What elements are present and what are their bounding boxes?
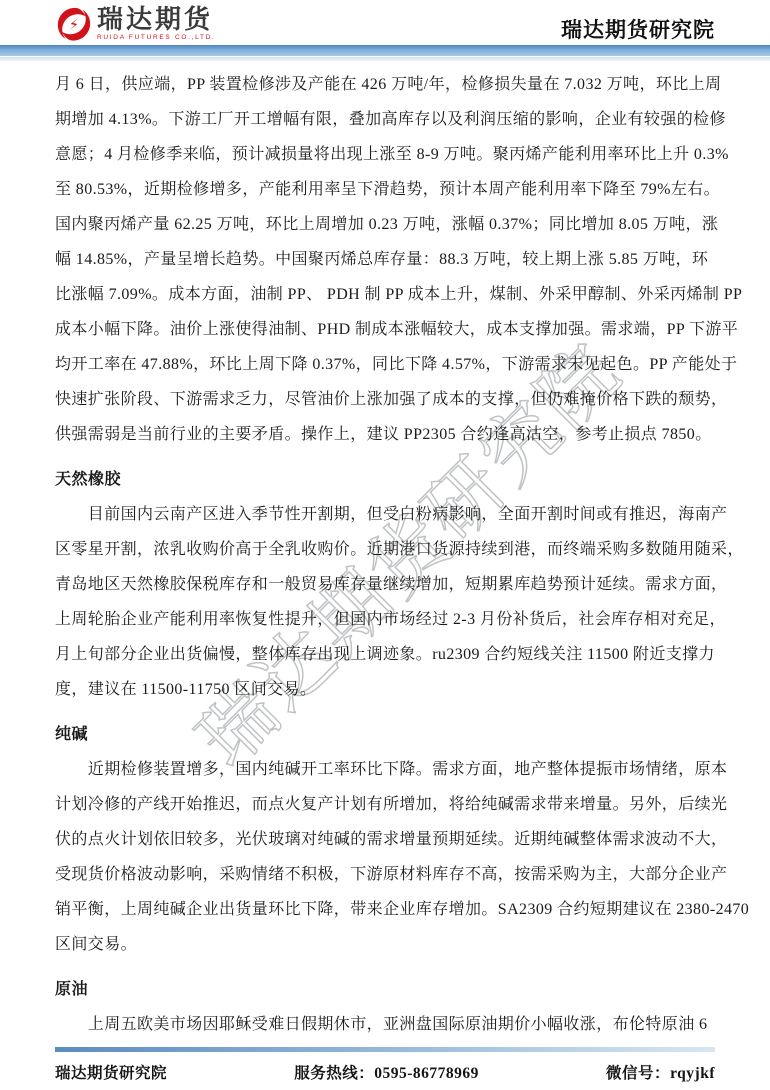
text-line: 至 80.53%，近期检修增多，产能利用率呈下滑趋势，预计本周产能利用率下降至 … (55, 172, 715, 207)
text-line: 上周五欧美市场因耶稣受难日假期休市，亚洲盘国际原油期价小幅收涨，布伦特原油 6 (55, 1007, 715, 1042)
footer-hotline: 服务热线：0595-86778969 (294, 1061, 479, 1083)
text-line: 供强需弱是当前行业的主要矛盾。操作上，建议 PP2305 合约逢高沽空，参考止损… (55, 417, 715, 452)
page-footer: 瑞达期货研究院 服务热线：0595-86778969 微信号：rqyjkf (0, 1056, 770, 1088)
section-heading: 原油 (55, 972, 715, 1007)
text-line: 区间交易。 (55, 927, 715, 962)
text-line: 期增加 4.13%。下游工厂开工增幅有限，叠加高库存以及利润压缩的影响，企业有较… (55, 102, 715, 137)
ruida-swirl-logo-icon (55, 5, 93, 43)
footer-divider (55, 1047, 715, 1052)
text-line: 国内聚丙烯产量 62.25 万吨，环比上周增加 0.23 万吨，涨幅 0.37%… (55, 207, 715, 242)
text-line: 区零星开割，浓乳收购价高于全乳收购价。近期港口货源持续到港，而终端采购多数随用随… (55, 532, 715, 567)
section-heading: 纯碱 (55, 717, 715, 752)
footer-hotline-number: 0595-86778969 (374, 1065, 479, 1082)
footer-institute: 瑞达期货研究院 (55, 1061, 167, 1083)
text-line: 受现货价格波动影响，采购情绪不积极，下游原材料库存不高，按需采购为主，大部分企业… (55, 857, 715, 892)
text-line: 销平衡，上周纯碱企业出货量环比下降，带来企业库存增加。SA2309 合约短期建议… (55, 892, 715, 927)
text-line: 计划冷修的产线开始推迟，而点火复产计划有所增加，将给纯碱需求带来增量。另外，后续… (55, 787, 715, 822)
text-line: 成本小幅下降。油价上涨使得油制、PHD 制成本涨幅较大，成本支撑加强。需求端，P… (55, 312, 715, 347)
text-line: 近期检修装置增多，国内纯碱开工率环比下降。需求方面，地产整体提振市场情绪，原本 (55, 752, 715, 787)
brand-name-en: RUIDA FUTURES CO.,LTD. (97, 34, 216, 41)
text-line: 月 6 日，供应端，PP 装置检修涉及产能在 426 万吨/年，检修损失量在 7… (55, 67, 715, 102)
report-body: 月 6 日，供应端，PP 装置检修涉及产能在 426 万吨/年，检修损失量在 7… (0, 61, 770, 1042)
footer-wechat-id: rqyjkf (670, 1065, 715, 1082)
company-logo: 瑞达期货 RUIDA FUTURES CO.,LTD. (55, 5, 216, 43)
institute-title: 瑞达期货研究院 (561, 19, 715, 43)
report-page: 瑞达期货 RUIDA FUTURES CO.,LTD. 瑞达期货研究院 瑞达期货… (0, 0, 770, 1090)
footer-wechat-label: 微信号： (606, 1065, 670, 1082)
logo-text: 瑞达期货 RUIDA FUTURES CO.,LTD. (97, 5, 216, 41)
text-line: 比涨幅 7.09%。成本方面，油制 PP、 PDH 制 PP 成本上升，煤制、外… (55, 277, 715, 312)
text-line: 月上旬部分企业出货偏慢，整体库存出现上调迹象。ru2309 合约短线关注 115… (55, 637, 715, 672)
text-line: 快速扩张阶段、下游需求乏力，尽管油价上涨加强了成本的支撑，但仍难掩价格下跌的颓势… (55, 382, 715, 417)
header-divider-main (0, 45, 770, 56)
brand-name-cn: 瑞达期货 (97, 5, 216, 33)
text-line: 上周轮胎企业产能利用率恢复性提升，但国内市场经过 2-3 月份补货后，社会库存相… (55, 602, 715, 637)
text-line: 均开工率在 47.88%，环比上周下降 0.37%，同比下降 4.57%，下游需… (55, 347, 715, 382)
footer-wechat: 微信号：rqyjkf (606, 1061, 715, 1083)
text-line: 度，建议在 11500-11750 区间交易。 (55, 672, 715, 707)
page-header: 瑞达期货 RUIDA FUTURES CO.,LTD. 瑞达期货研究院 (0, 0, 770, 45)
text-line: 伏的点火计划依旧较多，光伏玻璃对纯碱的需求增量预期延续。近期纯碱整体需求波动不大… (55, 822, 715, 857)
section-heading: 天然橡胶 (55, 462, 715, 497)
footer-hotline-label: 服务热线： (294, 1065, 374, 1082)
text-line: 目前国内云南产区进入季节性开割期，但受白粉病影响，全面开割时间或有推迟，海南产 (55, 497, 715, 532)
text-line: 意愿；4 月检修季来临，预计减损量将出现上涨至 8-9 万吨。聚丙烯产能利用率环… (55, 137, 715, 172)
text-line: 青岛地区天然橡胶保税库存和一般贸易库存量继续增加，短期累库趋势预计延续。需求方面… (55, 567, 715, 602)
text-line: 幅 14.85%，产量呈增长趋势。中国聚丙烯总库存量：88.3 万吨，较上期上涨… (55, 242, 715, 277)
